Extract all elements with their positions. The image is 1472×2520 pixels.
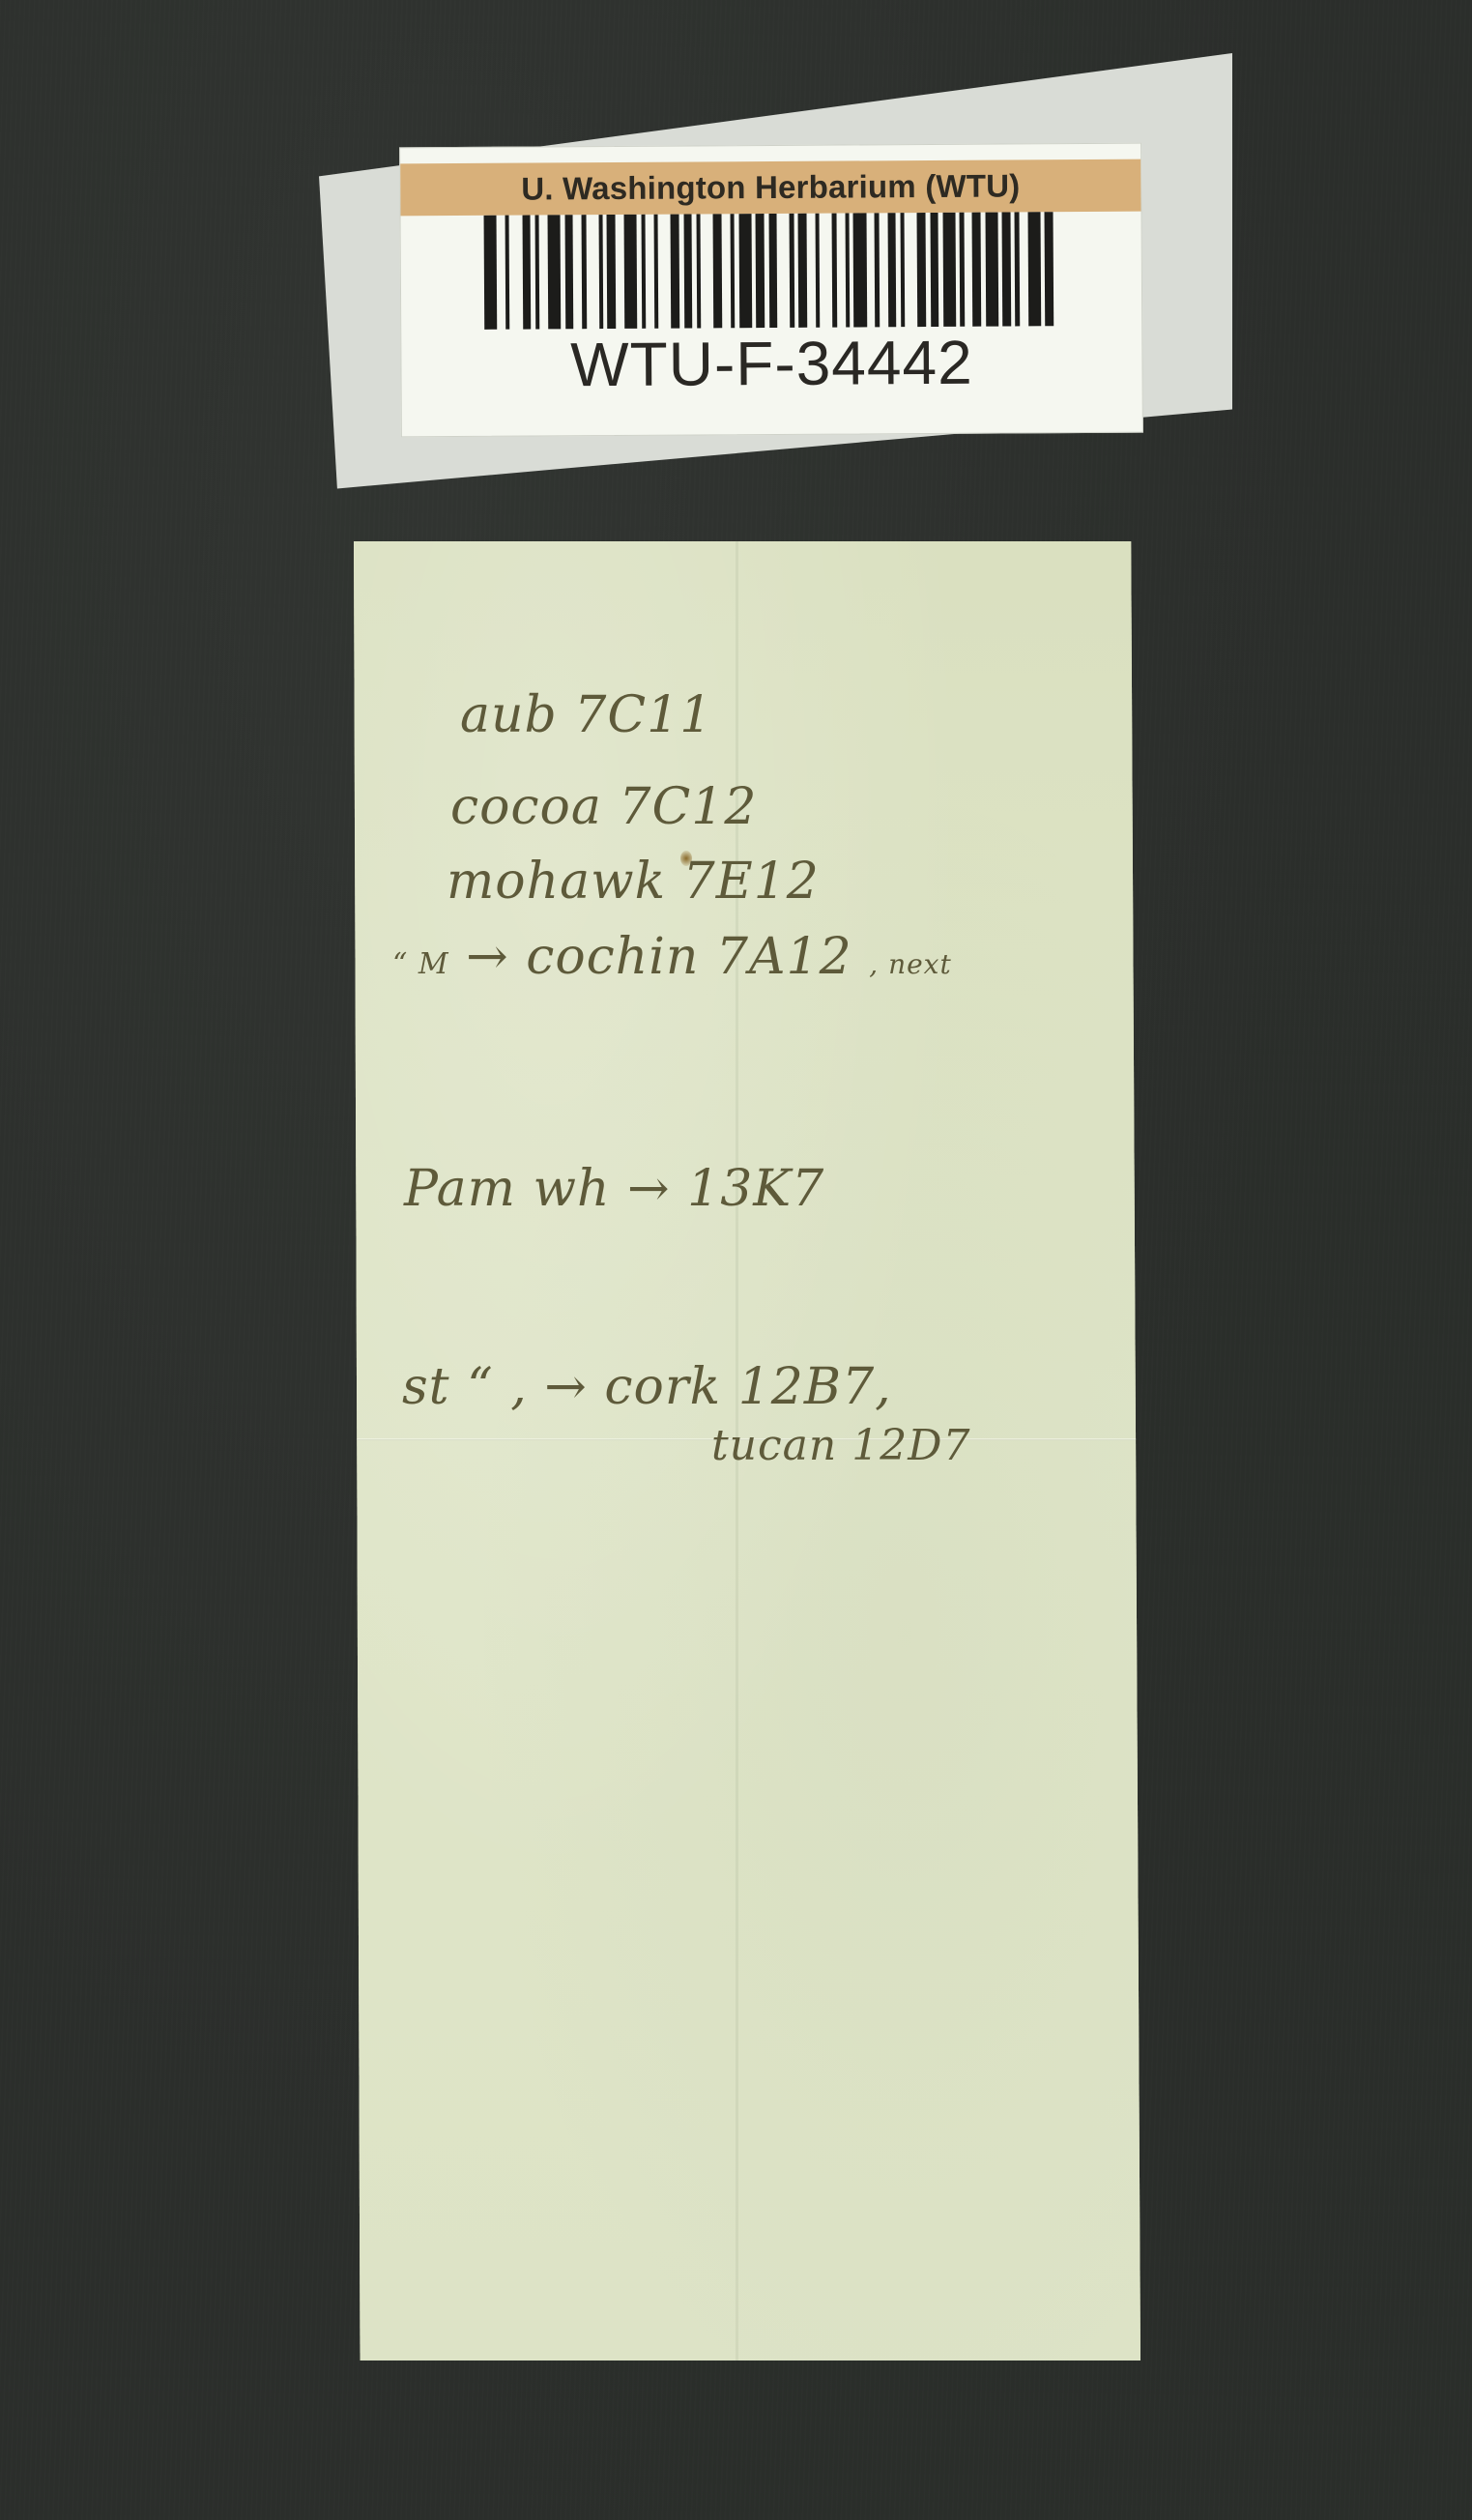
institution-name: U. Washington Herbarium (WTU) — [521, 167, 1020, 207]
note-line-1: aub 7C11 — [460, 686, 712, 744]
barcode-icon — [484, 212, 1059, 330]
note-line-4-text: → cochin 7A12 — [466, 928, 852, 986]
note-line-4-suffix: , next — [869, 948, 951, 980]
note-line-7: tucan 12D7 — [711, 1421, 970, 1470]
handwritten-note-paper: aub 7C11 cocoa 7C12 mohawk 7E12 “ M → co… — [354, 541, 1140, 2361]
barcode-label: U. Washington Herbarium (WTU) WTU-F-3444… — [399, 143, 1143, 438]
note-line-3: mohawk 7E12 — [447, 853, 820, 911]
note-line-4: “ M → cochin 7A12 , next — [392, 928, 952, 986]
note-line-6: st “ , → cork 12B7, — [402, 1358, 892, 1416]
note-line-5: Pam wh → 13K7 — [404, 1160, 824, 1218]
institution-band: U. Washington Herbarium (WTU) — [400, 159, 1140, 217]
note-line-2: cocoa 7C12 — [450, 778, 757, 836]
note-line-4-prefix: “ M — [392, 947, 449, 981]
catalog-number: WTU-F-34442 — [401, 326, 1141, 402]
